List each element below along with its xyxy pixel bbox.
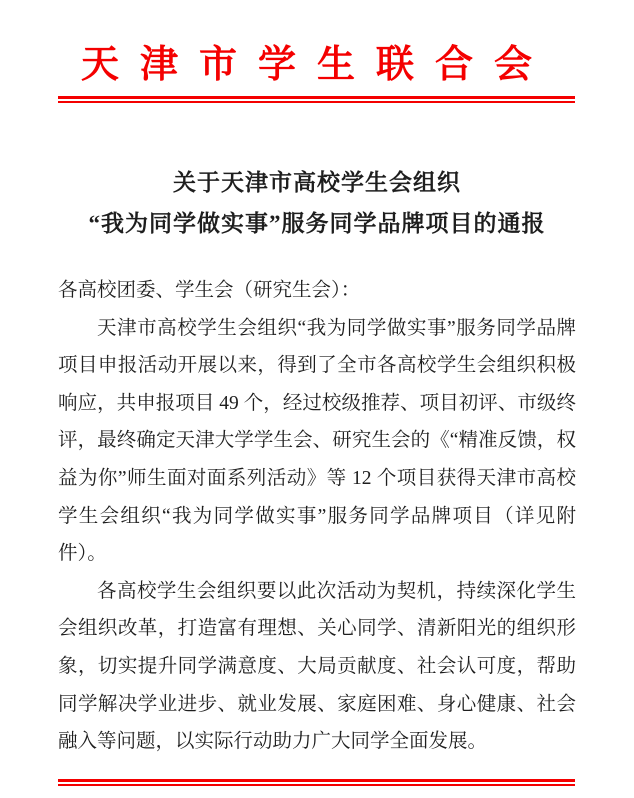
- body-paragraph-2: 各高校学生会组织要以此次活动为契机，持续深化学生会组织改革，打造富有理想、关心同…: [58, 573, 576, 761]
- body-paragraph-1: 天津市高校学生会组织“我为同学做实事”服务同学品牌项目申报活动开展以来，得到了全…: [58, 310, 576, 573]
- document-page: 天津市学生联合会 关于天津市高校学生会组织 “我为同学做实事”服务同学品牌项目的…: [0, 0, 634, 798]
- document-title-line2: “我为同学做实事”服务同学品牌项目的通报: [0, 203, 634, 244]
- document-title: 关于天津市高校学生会组织 “我为同学做实事”服务同学品牌项目的通报: [0, 162, 634, 244]
- letterhead-org-name: 天津市学生联合会: [0, 42, 634, 88]
- letterhead-divider-line: [58, 96, 575, 103]
- document-body: 各高校团委、学生会（研究生会）： 天津市高校学生会组织“我为同学做实事”服务同学…: [58, 272, 576, 761]
- salutation-line: 各高校团委、学生会（研究生会）：: [58, 272, 576, 310]
- document-title-line1: 关于天津市高校学生会组织: [0, 162, 634, 203]
- footer-divider-line: [58, 779, 575, 786]
